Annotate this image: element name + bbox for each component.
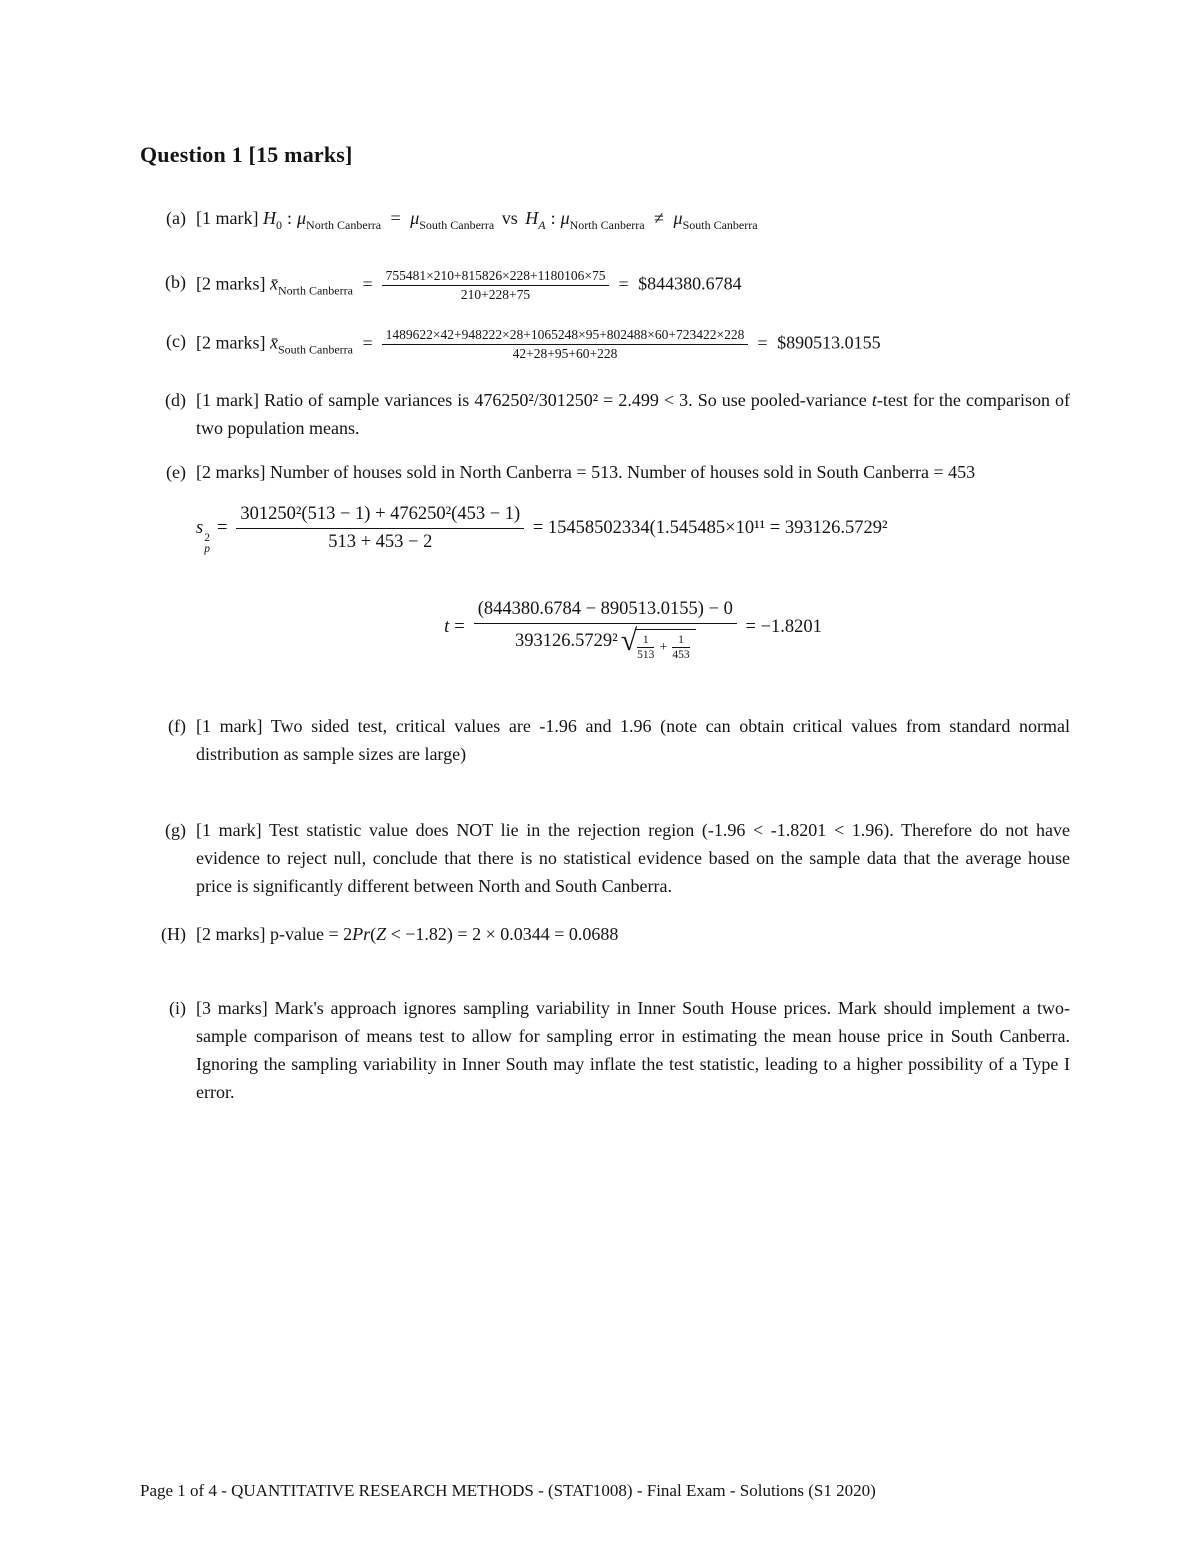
item-d-body: [1 mark] Ratio of sample variances is 47… — [196, 386, 1070, 442]
fraction-denominator: 453 — [672, 648, 689, 661]
math-colon: : — [282, 208, 297, 228]
math-xbar-south-sub: South Canberra — [278, 343, 353, 357]
math-mu: μ — [297, 208, 306, 228]
square-root: √1513+1453 — [621, 625, 696, 658]
fraction-denominator: 210+228+75 — [382, 286, 610, 303]
item-i-body: [3 marks] Mark's approach ignores sampli… — [196, 994, 1070, 1106]
t-statistic-fraction: (844380.6784 − 890513.0155) − 0393126.57… — [474, 597, 737, 658]
item-b: (b) [2 marks] x̄North Canberra =755481×2… — [140, 268, 1070, 303]
math-xbar: x̄ — [270, 274, 278, 294]
item-c: (c) [2 marks] x̄South Canberra =1489622×… — [140, 327, 1070, 362]
item-b-label: (b) — [140, 268, 186, 303]
item-g-text: Test statistic value does NOT lie in the… — [196, 820, 1070, 896]
item-b-body: [2 marks] x̄North Canberra =755481×210+8… — [196, 268, 1070, 303]
item-g-label: (g) — [140, 816, 186, 900]
math-vs: vs — [499, 208, 521, 228]
item-f: (f) [1 mark] Two sided test, critical va… — [140, 712, 1070, 768]
item-i-label: (i) — [140, 994, 186, 1106]
radical-content: 1513+1453 — [635, 629, 695, 662]
fraction-numerator: 755481×210+815826×228+1180106×75 — [382, 268, 610, 286]
item-f-label: (f) — [140, 712, 186, 768]
fraction-numerator: 1489622×42+948222×28+1065248×95+802488×6… — [382, 327, 749, 345]
item-a: (a) [1 mark] H0:μNorth Canberra = μSouth… — [140, 204, 1070, 232]
p-value-rest: < −1.82) = 2 × 0.0344 = 0.0688 — [386, 924, 618, 944]
math-Pr: Pr — [352, 924, 370, 944]
math-not-equals: ≠ — [649, 208, 669, 228]
pooled-variance-result: = 15458502334(1.545485×10¹¹ = 393126.572… — [533, 518, 888, 538]
math-equals: = — [212, 518, 232, 538]
item-g: (g) [1 mark] Test statistic value does N… — [140, 816, 1070, 900]
math-mu-north-sub: North Canberra — [306, 218, 381, 232]
item-h: (H) [2 marks] p-value = 2Pr(Z < −1.82) =… — [140, 920, 1070, 948]
math-H0: H — [263, 208, 276, 228]
exam-solutions-page: Question 1 [15 marks] (a) [1 mark] H0:μN… — [0, 0, 1200, 1553]
item-b-marks: [2 marks] — [196, 274, 265, 294]
fraction-numerator: 1 — [637, 634, 654, 648]
fraction-numerator: 301250²(513 − 1) + 476250²(453 − 1) — [236, 502, 524, 529]
p-value-pre: p-value = 2 — [270, 924, 352, 944]
fraction-denominator: 513 + 453 − 2 — [236, 529, 524, 555]
question-title: Question 1 [15 marks] — [140, 142, 1070, 168]
s-squared-p-supsub: 2p — [204, 533, 210, 555]
math-equals: = — [357, 333, 377, 353]
page-content: Question 1 [15 marks] (a) [1 mark] H0:μN… — [140, 142, 1070, 1106]
math-plus: + — [659, 635, 667, 660]
math-HA-sub: A — [538, 218, 545, 232]
math-mu-south-sub: South Canberra — [683, 218, 758, 232]
item-a-label: (a) — [140, 204, 186, 232]
fraction-denominator: 42+28+95+60+228 — [382, 345, 749, 362]
item-h-body: [2 marks] p-value = 2Pr(Z < −1.82) = 2 ×… — [196, 920, 1070, 948]
pooled-sd-coefficient: 393126.5729² — [515, 631, 618, 651]
item-d-label: (d) — [140, 386, 186, 442]
math-equals: = — [449, 617, 469, 637]
math-xbar-north-sub: North Canberra — [278, 284, 353, 298]
math-equals: = — [357, 274, 377, 294]
t-statistic-result: = −1.8201 — [746, 617, 822, 637]
item-c-label: (c) — [140, 327, 186, 362]
mean-north-fraction: 755481×210+815826×228+1180106×75210+228+… — [382, 268, 610, 303]
item-e-text: [2 marks] Number of houses sold in North… — [196, 458, 1070, 486]
item-f-text: Two sided test, critical values are -1.9… — [196, 716, 1070, 764]
item-f-body: [1 mark] Two sided test, critical values… — [196, 712, 1070, 768]
pooled-variance-fraction: 301250²(513 − 1) + 476250²(453 − 1)513 +… — [236, 502, 524, 555]
page-footer: Page 1 of 4 - QUANTITATIVE RESEARCH METH… — [140, 1481, 876, 1501]
math-equals: = — [752, 333, 772, 353]
item-i-marks: [3 marks] — [196, 998, 268, 1018]
fraction-denominator: 513 — [637, 648, 654, 661]
mean-north-result: $844380.6784 — [638, 274, 742, 294]
one-over-n2-fraction: 1453 — [672, 634, 689, 661]
fraction-numerator: 1 — [672, 634, 689, 648]
math-colon: : — [546, 208, 561, 228]
item-e-sentence: Number of houses sold in North Canberra … — [270, 462, 975, 482]
item-a-body: [1 mark] H0:μNorth Canberra = μSouth Can… — [196, 204, 1070, 232]
item-f-marks: [1 mark] — [196, 716, 263, 736]
math-mu: μ — [561, 208, 570, 228]
item-d: (d) [1 mark] Ratio of sample variances i… — [140, 386, 1070, 442]
item-i: (i) [3 marks] Mark's approach ignores sa… — [140, 994, 1070, 1106]
math-equals: = — [386, 208, 406, 228]
item-c-marks: [2 marks] — [196, 333, 265, 353]
math-s: s — [196, 518, 203, 538]
item-e-body: [2 marks] Number of houses sold in North… — [196, 458, 1070, 658]
item-a-marks: [1 mark] — [196, 208, 258, 228]
math-Z: Z — [376, 924, 386, 944]
mean-south-result: $890513.0155 — [777, 333, 881, 353]
math-mu: μ — [410, 208, 419, 228]
item-e-marks: [2 marks] — [196, 462, 265, 482]
item-d-marks: [1 mark] — [196, 390, 259, 410]
fraction-numerator: (844380.6784 − 890513.0155) − 0 — [474, 597, 737, 624]
item-e: (e) [2 marks] Number of houses sold in N… — [140, 458, 1070, 658]
pooled-variance-equation: s2p=301250²(513 − 1) + 476250²(453 − 1)5… — [196, 502, 1070, 555]
t-statistic-equation: t=(844380.6784 − 890513.0155) − 0393126.… — [196, 597, 1070, 658]
item-g-marks: [1 mark] — [196, 820, 262, 840]
p-value-expression: p-value = 2Pr(Z < −1.82) = 2 × 0.0344 = … — [270, 924, 618, 944]
one-over-n1-fraction: 1513 — [637, 634, 654, 661]
fraction-denominator: 393126.5729²√1513+1453 — [474, 624, 737, 658]
math-HA: H — [525, 208, 538, 228]
item-d-text: Ratio of sample variances is 476250²/301… — [264, 390, 872, 410]
math-xbar: x̄ — [270, 333, 278, 353]
item-e-label: (e) — [140, 458, 186, 658]
sub-p: p — [204, 544, 210, 555]
math-mu: μ — [674, 208, 683, 228]
item-h-marks: [2 marks] — [196, 924, 265, 944]
item-i-text: Mark's approach ignores sampling variabi… — [196, 998, 1070, 1102]
math-mu-north-sub: North Canberra — [570, 218, 645, 232]
mean-south-fraction: 1489622×42+948222×28+1065248×95+802488×6… — [382, 327, 749, 362]
math-equals: = — [613, 274, 633, 294]
item-c-body: [2 marks] x̄South Canberra =1489622×42+9… — [196, 327, 1070, 362]
item-h-label: (H) — [140, 920, 186, 948]
item-g-body: [1 mark] Test statistic value does NOT l… — [196, 816, 1070, 900]
math-mu-south-sub: South Canberra — [419, 218, 494, 232]
